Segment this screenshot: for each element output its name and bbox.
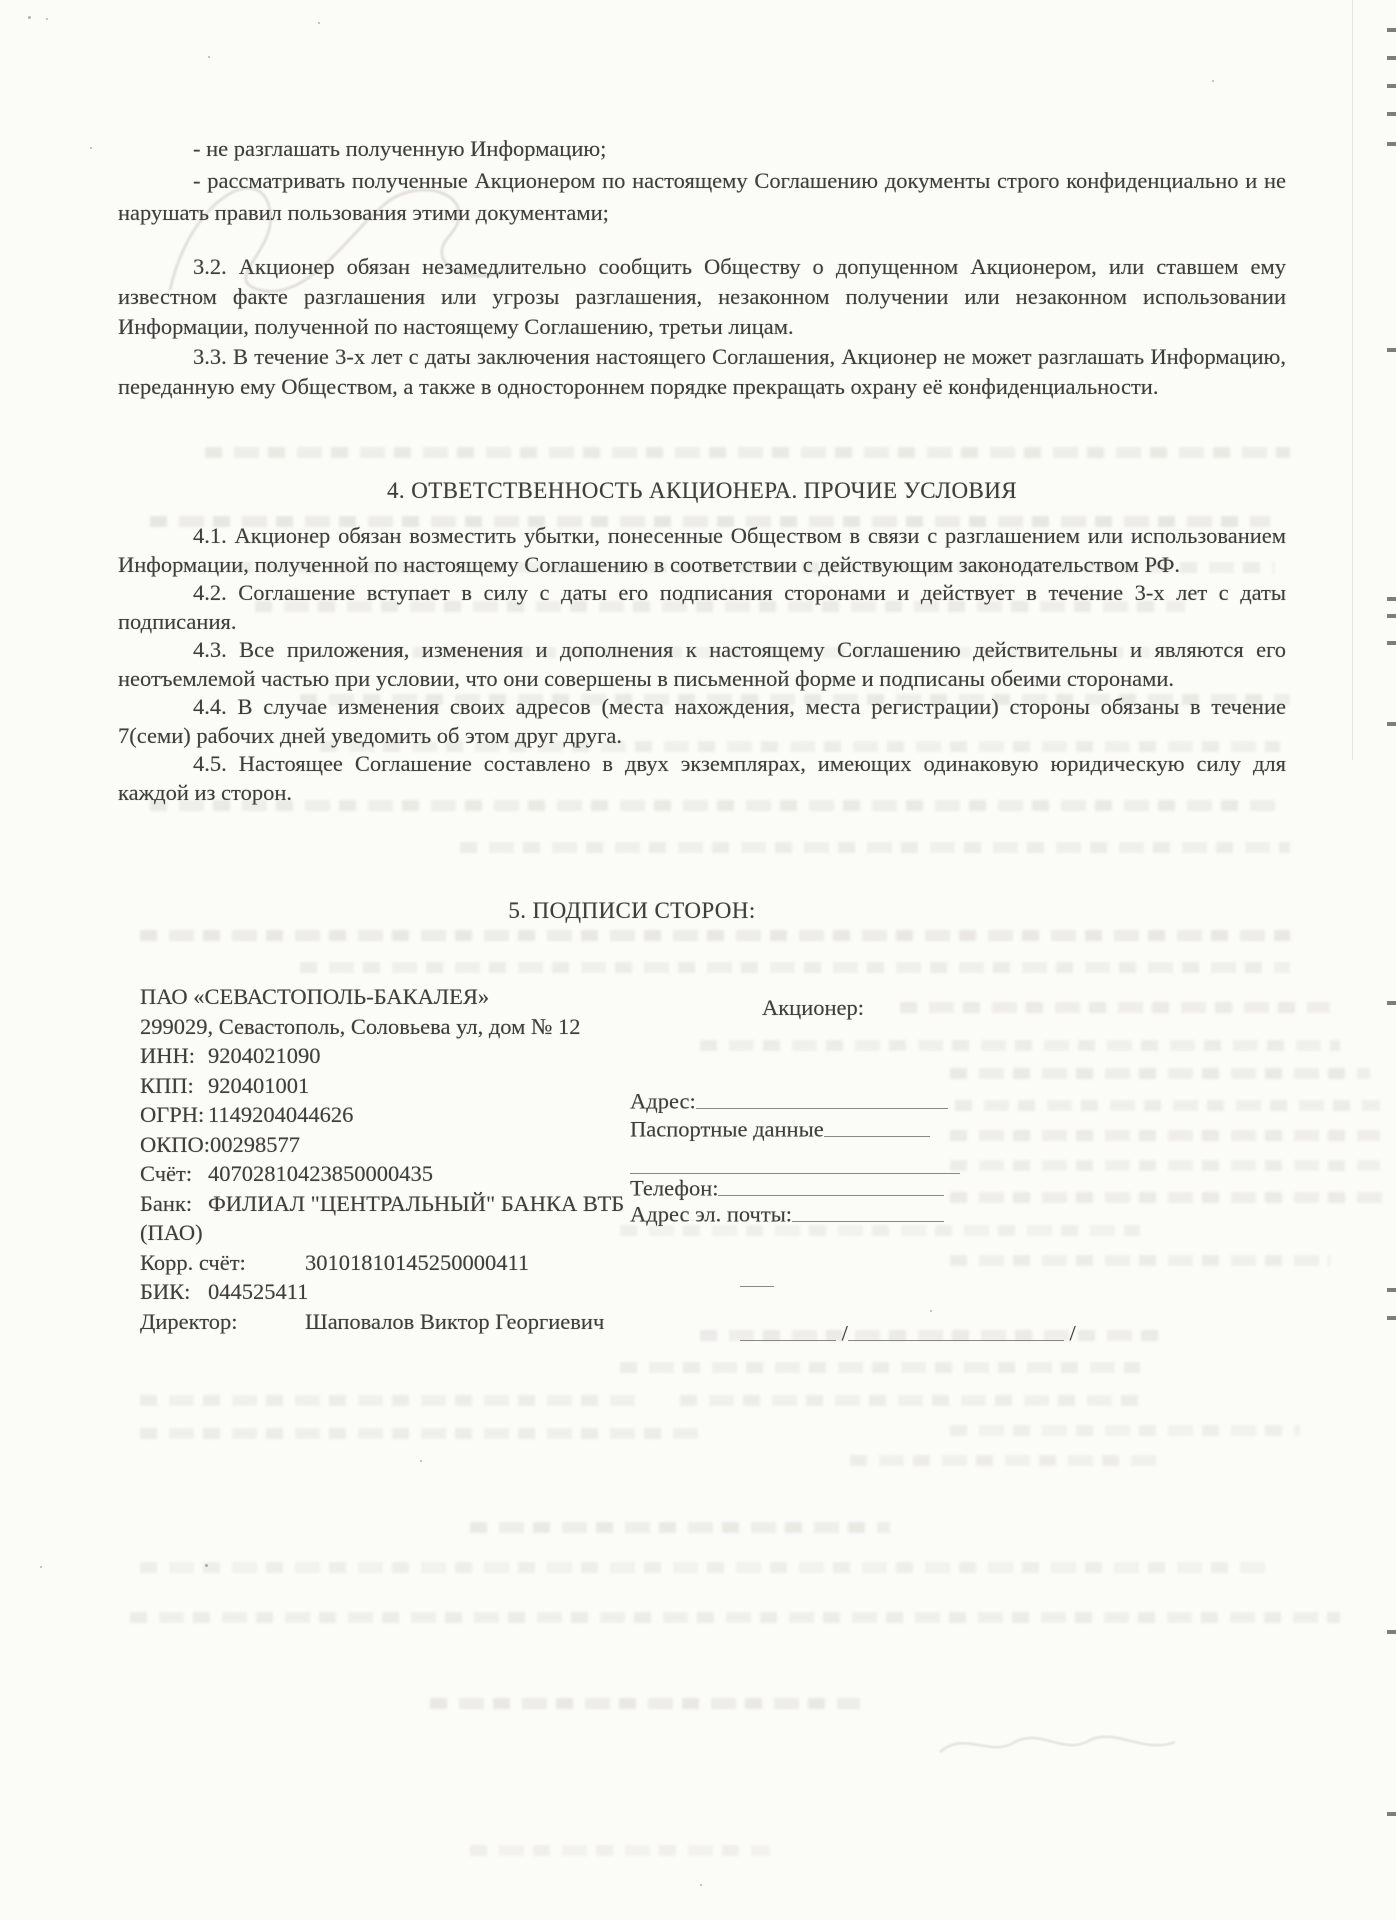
company-name: ПАО «СЕВАСТОПОЛЬ-БАКАЛЕЯ» (140, 982, 630, 1012)
director-label: Директор: (140, 1307, 305, 1337)
passport-blank-line (824, 1113, 930, 1137)
email-blank-line (792, 1198, 944, 1222)
section-4-title: 4. ОТВЕТСТВЕННОСТЬ АКЦИОНЕРА. ПРОЧИЕ УСЛ… (118, 478, 1286, 504)
company-requisites: ПАО «СЕВАСТОПОЛЬ-БАКАЛЕЯ» 299029, Севаст… (140, 982, 630, 1336)
clause-4-2: 4.2. Соглашение вступает в силу с даты е… (118, 579, 1286, 636)
phone-label: Телефон: (630, 1176, 718, 1201)
obligations-bullets: - не разглашать полученную Информацию; -… (118, 133, 1286, 229)
company-address: 299029, Севастополь, Соловьева ул, дом №… (140, 1012, 630, 1042)
bik-label: БИК: (140, 1277, 208, 1307)
inn-label: ИНН: (140, 1041, 208, 1071)
signature-row: / / (740, 1317, 1076, 1347)
shareholder-email-row: Адрес эл. почты: (630, 1198, 944, 1228)
kpp-label: КПП: (140, 1071, 208, 1101)
scan-fold-line (1352, 0, 1353, 760)
company-account-row: Счёт:40702810423850000435 (140, 1159, 630, 1189)
ogrn-value: 1149204044626 (208, 1102, 353, 1127)
company-corr-account-row: Корр. счёт:30101810145250000411 (140, 1248, 630, 1278)
bank-label: Банк: (140, 1189, 208, 1219)
account-label: Счёт: (140, 1159, 208, 1189)
short-blank-row (740, 1263, 774, 1293)
company-ogrn-row: ОГРН:1149204044626 (140, 1100, 630, 1130)
clause-3-2: 3.2. Акционер обязан незамедлительно соо… (118, 252, 1286, 342)
email-label: Адрес эл. почты: (630, 1202, 792, 1227)
clause-4-3: 4.3. Все приложения, изменения и дополне… (118, 636, 1286, 693)
bullet-confidential-handling: - рассматривать полученные Акционером по… (118, 165, 1286, 229)
company-kpp-row: КПП:920401001 (140, 1071, 630, 1101)
company-bank-row: Банк:ФИЛИАЛ "ЦЕНТРАЛЬНЫЙ" БАНКА ВТБ (140, 1189, 630, 1219)
short-blank-line (740, 1263, 774, 1287)
section-4-block: 4.1. Акционер обязан возместить убытки, … (118, 522, 1286, 807)
signature-blank-line (740, 1317, 836, 1341)
corr-account-label: Корр. счёт: (140, 1248, 305, 1278)
bik-value: 044525411 (208, 1279, 308, 1304)
company-inn-row: ИНН:9204021090 (140, 1041, 630, 1071)
section-5-title: 5. ПОДПИСИ СТОРОН: (48, 898, 1216, 924)
company-bank-row-continued: (ПАО) (140, 1218, 630, 1248)
clause-4-1: 4.1. Акционер обязан возместить убытки, … (118, 522, 1286, 579)
okpo-value: 00298577 (210, 1132, 300, 1157)
bank-value-continued: (ПАО) (140, 1220, 203, 1245)
shareholder-title: Акционер: (762, 995, 864, 1021)
signature-name-blank-line (848, 1317, 1064, 1341)
clauses-3-block: 3.2. Акционер обязан незамедлительно соо… (118, 252, 1286, 402)
clause-4-5: 4.5. Настоящее Соглашение составлено в д… (118, 750, 1286, 807)
kpp-value: 920401001 (208, 1073, 309, 1098)
clause-3-3: 3.3. В течение 3-х лет с даты заключения… (118, 342, 1286, 402)
bank-value: ФИЛИАЛ "ЦЕНТРАЛЬНЫЙ" БАНКА ВТБ (208, 1191, 624, 1216)
shareholder-address-row: Адрес: (630, 1085, 948, 1115)
clause-4-4: 4.4. В случае изменения своих адресов (м… (118, 693, 1286, 750)
company-okpo-row: ОКПО:00298577 (140, 1130, 630, 1160)
document-page: - не разглашать полученную Информацию; -… (0, 0, 1396, 1920)
address-label: Адрес: (630, 1089, 696, 1114)
inn-value: 9204021090 (208, 1043, 321, 1068)
passport-label: Паспортные данные (630, 1117, 824, 1142)
ogrn-label: ОГРН: (140, 1100, 208, 1130)
corr-account-value: 30101810145250000411 (305, 1250, 529, 1275)
address-blank-line (696, 1085, 948, 1109)
account-value: 40702810423850000435 (208, 1161, 433, 1186)
bullet-no-disclosure: - не разглашать полученную Информацию; (118, 133, 1286, 165)
passport-blank-line-2 (630, 1150, 960, 1174)
signature-slash-2: / (1070, 1321, 1076, 1346)
phone-blank-line (718, 1172, 944, 1196)
company-director-row: Директор:Шаповалов Виктор Георгиевич (140, 1307, 630, 1337)
director-value: Шаповалов Виктор Георгиевич (305, 1309, 604, 1334)
okpo-label: ОКПО: (140, 1130, 210, 1160)
shareholder-passport-row: Паспортные данные (630, 1113, 930, 1143)
company-bik-row: БИК:044525411 (140, 1277, 630, 1307)
handwriting-bleed-squiggle (935, 1728, 1185, 1762)
